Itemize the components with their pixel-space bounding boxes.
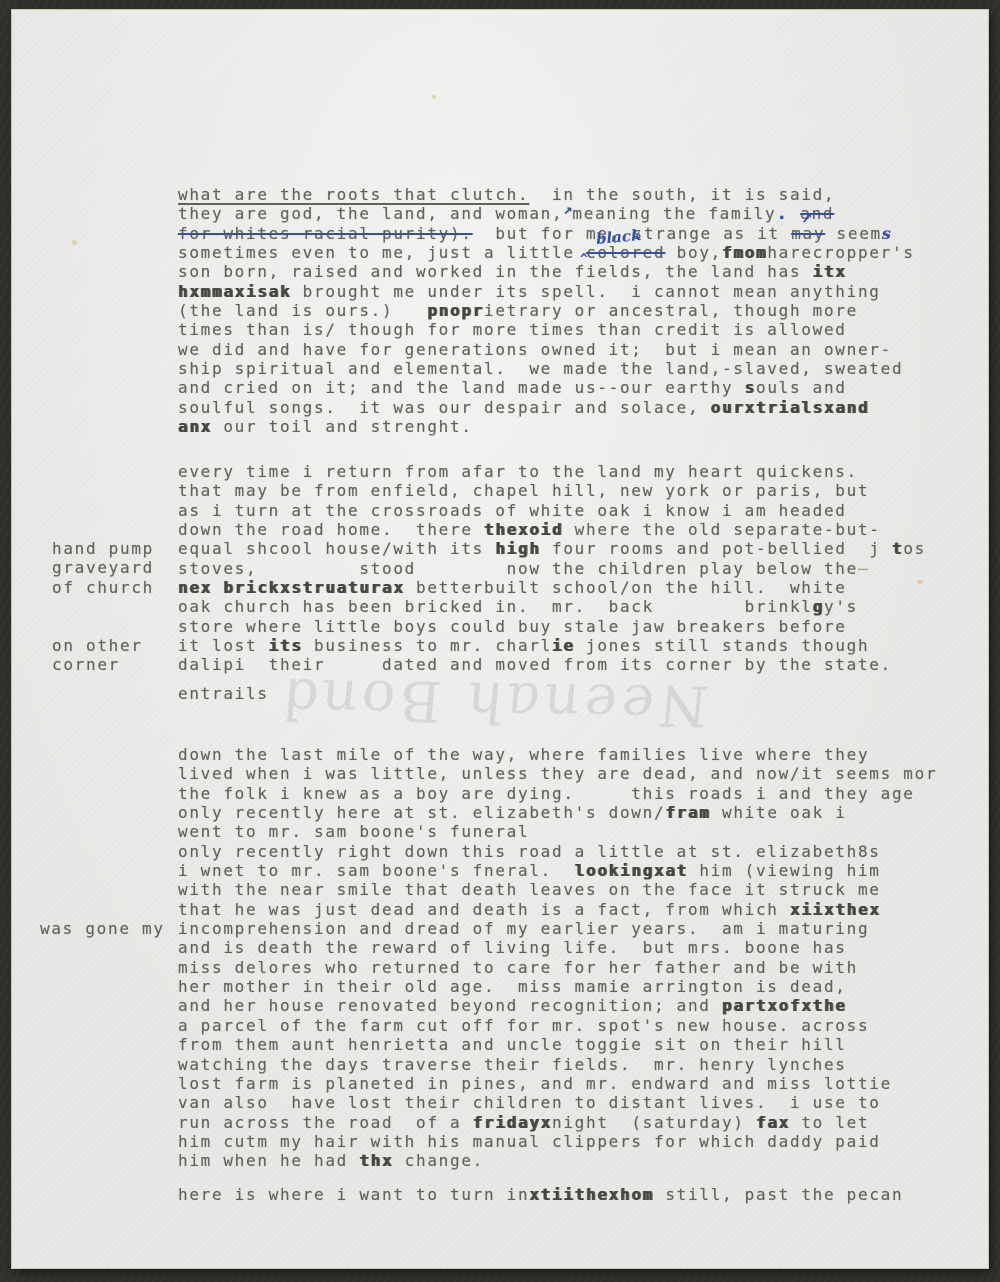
typed-over-strikeout: fmom <box>722 243 767 262</box>
typed-over-strikeout: fridayx <box>473 1113 552 1132</box>
edit-annotation: may↗ <box>791 224 825 243</box>
typed-text: on other <box>52 636 143 655</box>
typescript-line: we did and have for generations owned it… <box>178 340 915 359</box>
typed-text: equal shcool house/with its <box>178 539 495 558</box>
blue-ink-mark: . <box>776 203 789 224</box>
typed-over-strikeout: g <box>813 597 824 616</box>
typed-text: still, past the pecan <box>654 1185 903 1204</box>
typescript-line: him when he had thx change. <box>178 1151 937 1170</box>
typed-text: graveyard <box>52 558 154 577</box>
typed-text: store where little boys could buy stale … <box>178 617 847 636</box>
typed-over-strikeout: s <box>745 378 756 397</box>
typed-text: night (saturday) <box>552 1113 756 1132</box>
typed-text: they are god, the land, and woman, <box>178 204 563 223</box>
typescript-line: down the last mile of the way, where fam… <box>178 745 937 764</box>
typescript-line: times than is/ though for more times tha… <box>178 320 915 339</box>
typed-text: i wnet to mr. sam boone's fneral. <box>178 861 575 880</box>
blue-struck-text: for whites racial purity). <box>178 224 473 243</box>
typescript-line: only recently right down this road a lit… <box>178 842 937 861</box>
typed-text: business to mr. charl <box>303 636 552 655</box>
typescript-line: it lost its business to mr. charlie jone… <box>178 636 926 655</box>
typed-text: miss delores who returned to care for he… <box>178 958 858 977</box>
typescript-line: that may be from enfield, chapel hill, n… <box>178 481 926 500</box>
typed-over-strikeout: hxmmaxisak <box>178 282 291 301</box>
typed-text: change. <box>393 1151 484 1170</box>
typed-text: as i turn at the crossroads of white oak… <box>178 501 847 520</box>
typed-over-strikeout: thexoid <box>484 520 563 539</box>
typed-text: meaning the family <box>572 204 776 223</box>
typed-over-strikeout: fram <box>665 803 710 822</box>
typed-text: strange as it <box>621 224 791 243</box>
blue-ink-mark: ↗ <box>563 200 572 218</box>
typescript-line: ship spiritual and elemental. we made th… <box>178 359 915 378</box>
typed-text: betterbuilt school/on the hill. white <box>405 578 847 597</box>
typed-over-strikeout: thx <box>359 1151 393 1170</box>
typescript-line: sometimes even to me, just a little ^col… <box>178 243 915 262</box>
typed-text: harecropper's <box>767 243 914 262</box>
typed-text: of church <box>52 578 154 597</box>
typed-text: that he was just dead and death is a fac… <box>178 900 790 919</box>
typed-text: only recently here at st. elizabeth's do… <box>178 803 665 822</box>
typescript-line: the folk i knew as a boy are dying. this… <box>178 784 937 803</box>
typescript-line: only recently here at st. elizabeth's do… <box>178 803 937 822</box>
handwritten-insertion: ↗ <box>800 208 814 228</box>
typed-text: down the road home. there <box>178 520 484 539</box>
typescript-line: went to mr. sam boone's funeral <box>178 822 937 841</box>
typescript-line: miss delores who returned to care for he… <box>178 958 937 977</box>
typed-text: to let <box>790 1113 869 1132</box>
typed-text: lived when i was little, unless they are… <box>178 764 937 783</box>
typescript-line: (the land is ours.) pnoprietrary or ance… <box>178 301 915 320</box>
paper-speck <box>432 95 436 99</box>
typed-text: him cutm my hair with his manual clipper… <box>178 1132 881 1151</box>
typed-text: white oak i <box>711 803 847 822</box>
typed-text: but for me <box>473 224 609 243</box>
typed-text: and is death the reward of living life. … <box>178 938 847 957</box>
typed-text: only recently right down this road a lit… <box>178 842 881 861</box>
typescript-line: lost farm is planeted in pines, and mr. … <box>178 1074 937 1093</box>
typed-text: a parcel of the farm cut off for mr. spo… <box>178 1016 869 1035</box>
typescript-line: every time i return from afar to the lan… <box>178 462 926 481</box>
typescript-line: anx our toil and strenght. <box>178 417 915 436</box>
typescript-line: run across the road of a fridayxnight (s… <box>178 1113 937 1132</box>
typed-text: son born, raised and worked in the field… <box>178 262 813 281</box>
typed-text: jones still stands though <box>575 636 870 655</box>
typed-text: (the land is ours.) <box>178 301 427 320</box>
typed-over-strikeout: high <box>495 539 540 558</box>
typed-text: that may be from enfield, chapel hill, n… <box>178 481 869 500</box>
typed-text: down the last mile of the way, where fam… <box>178 745 869 764</box>
typescript-paragraph-roots-that-clutch: what are the roots that clutch. in the s… <box>178 185 915 436</box>
typescript-line: what are the roots that clutch. in the s… <box>178 185 915 204</box>
typed-text: boy, <box>665 243 722 262</box>
typed-text: lost farm is planeted in pines, and mr. … <box>178 1074 892 1093</box>
typed-text: from them aunt henrietta and uncle toggi… <box>178 1035 847 1054</box>
typescript-line: hxmmaxisak brought me under its spell. i… <box>178 282 915 301</box>
typed-text: went to mr. sam boone's funeral <box>178 822 529 841</box>
typescript-line: hand pump <box>52 539 154 558</box>
typed-text: times than is/ though for more times tha… <box>178 320 847 339</box>
typescript-line: was gone my <box>40 919 165 938</box>
typescript-line: equal shcool house/with its high four ro… <box>178 539 926 558</box>
typed-text: dalipi their dated and moved from its co… <box>178 655 892 674</box>
photographed-typescript-page: { "page": { "background_color": "#31302c… <box>0 0 1000 1282</box>
typescript-line: graveyard <box>52 558 154 577</box>
typed-text: ietrary or ancestral, though more <box>484 301 858 320</box>
typed-over-strikeout: nex brickxstruaturax <box>178 578 405 597</box>
typed-over-strikeout: pnopr <box>427 301 484 320</box>
typed-text: here is where i want to turn in <box>178 1185 529 1204</box>
typed-over-strikeout: anx <box>178 417 212 436</box>
typescript-line: entrails <box>178 684 269 703</box>
typescript-line: oak church has been bricked in. mr. back… <box>178 597 926 616</box>
typed-over-strikeout: t <box>892 539 903 558</box>
typed-over-strikeout: itx <box>813 262 847 281</box>
typescript-paper-sheet: Neenah Bond hand pumpgraveyardof church … <box>12 10 988 1268</box>
margin-note-on-other-corner: on othercorner <box>52 636 143 675</box>
typescript-line: watching the days traverse their fields.… <box>178 1055 937 1074</box>
typescript-line: her mother in their old age. miss mamie … <box>178 977 937 996</box>
typed-text: and cried on it; and the land made us--o… <box>178 378 745 397</box>
typescript-line: of church <box>52 578 154 597</box>
typescript-line: i wnet to mr. sam boone's fneral. lookin… <box>178 861 937 880</box>
typescript-line: lived when i was little, unless they are… <box>178 764 937 783</box>
typescript-line: son born, raised and worked in the field… <box>178 262 915 281</box>
typed-over-strikeout: ourxtrialsxand <box>711 398 870 417</box>
typescript-line: and her house renovated beyond recogniti… <box>178 996 937 1015</box>
typed-text: ship spiritual and elemental. we made th… <box>178 359 903 378</box>
typescript-line: for whites racial purity). but for me, s… <box>178 224 915 243</box>
typescript-line: him cutm my hair with his manual clipper… <box>178 1132 937 1151</box>
typescript-line: on other <box>52 636 143 655</box>
typescript-line: corner <box>52 655 143 674</box>
typed-text: ouls and <box>756 378 847 397</box>
typed-text: and her house renovated beyond recogniti… <box>178 996 722 1015</box>
typed-text: oak church has been bricked in. mr. back… <box>178 597 813 616</box>
handwritten-insertion: black <box>595 226 642 249</box>
typed-text: corner <box>52 655 120 674</box>
typed-text: it lost <box>178 636 269 655</box>
typed-text: hand pump <box>52 539 154 558</box>
typed-text: sometimes even to me, just a little <box>178 243 586 262</box>
typed-text: watching the days traverse their fields.… <box>178 1055 847 1074</box>
typed-text: was gone my <box>40 919 165 938</box>
typescript-line: soulful songs. it was our despair and so… <box>178 398 915 417</box>
typescript-line: dalipi their dated and moved from its co… <box>178 655 926 674</box>
typescript-paragraph-last-mile: down the last mile of the way, where fam… <box>178 745 937 1171</box>
typescript-line: a parcel of the farm cut off for mr. spo… <box>178 1016 937 1035</box>
typescript-paragraph-return-to-land: every time i return from afar to the lan… <box>178 462 926 675</box>
typed-text: her mother in their old age. miss mamie … <box>178 977 847 996</box>
typed-over-strikeout: xiixthex <box>790 900 881 919</box>
typescript-line: nex brickxstruaturax betterbuilt school/… <box>178 578 926 597</box>
typed-over-strikeout: partxofxthe <box>722 996 847 1015</box>
typed-text: brought me under its spell. i cannot mea… <box>291 282 880 301</box>
margin-note-hand-pump-graveyard-church: hand pumpgraveyardof church <box>52 539 154 597</box>
typescript-line: down the road home. there thexoid where … <box>178 520 926 539</box>
typed-text: os <box>903 539 926 558</box>
typed-over-strikeout: its <box>269 636 303 655</box>
typed-text <box>789 204 800 223</box>
typescript-line-here-is-where: here is where i want to turn inxtiithexh… <box>178 1185 903 1204</box>
typed-over-strikeout: ie <box>552 636 575 655</box>
typed-over-strikeout: fax <box>756 1113 790 1132</box>
typescript-line: with the near smile that death leaves on… <box>178 880 937 899</box>
typed-text: soulful songs. it was our despair and so… <box>178 398 711 417</box>
typescript-line: from them aunt henrietta and uncle toggi… <box>178 1035 937 1054</box>
paper-speck <box>72 240 77 245</box>
blue-ink-mark: s <box>882 224 891 243</box>
typed-text: run across the road of a <box>178 1113 473 1132</box>
typed-text: the folk i knew as a boy are dying. this… <box>178 784 915 803</box>
typed-text: him (viewing him <box>688 861 881 880</box>
typed-text: we did and have for generations owned it… <box>178 340 892 359</box>
typed-over-strikeout: xtiithexhom <box>529 1185 654 1204</box>
typescript-line: incomprehension and dread of my earlier … <box>178 919 937 938</box>
typed-text: with the near smile that death leaves on… <box>178 880 881 899</box>
typed-text: where the old separate-but- <box>563 520 880 539</box>
typescript-line: van also have lost their children to dis… <box>178 1093 937 1112</box>
typed-text: entrails <box>178 684 269 703</box>
typed-text: stoves, stood now the children play belo… <box>178 559 858 578</box>
typescript-line: and cried on it; and the land made us--o… <box>178 378 915 397</box>
typescript-line: stoves, stood now the children play belo… <box>178 559 926 578</box>
typed-text: y's <box>824 597 858 616</box>
typed-text: in the south, it is said, <box>529 185 835 204</box>
typed-text: every time i return from afar to the lan… <box>178 462 858 481</box>
typed-text: seem <box>825 224 882 243</box>
caret-mark: ^ <box>580 250 588 269</box>
typescript-line: here is where i want to turn inxtiithexh… <box>178 1185 903 1204</box>
typed-text: him when he had <box>178 1151 359 1170</box>
typed-text: four rooms and pot-bellied j <box>541 539 892 558</box>
typescript-line: and is death the reward of living life. … <box>178 938 937 957</box>
edit-annotation: ^coloredblack <box>586 243 665 262</box>
typescript-line: as i turn at the crossroads of white oak… <box>178 501 926 520</box>
typed-text: van also have lost their children to dis… <box>178 1093 881 1112</box>
typed-over-strikeout: lookingxat <box>575 861 688 880</box>
typed-text: incomprehension and dread of my earlier … <box>178 919 869 938</box>
typescript-word-entrails: entrails <box>178 684 269 703</box>
typed-text: our toil and strenght. <box>212 417 473 436</box>
typescript-line: that he was just dead and death is a fac… <box>178 900 937 919</box>
typed-text: what are the roots that clutch. <box>178 185 529 204</box>
margin-note-was-gone-my: was gone my <box>40 919 165 938</box>
typed-text: — <box>858 559 869 578</box>
typescript-line: store where little boys could buy stale … <box>178 617 926 636</box>
